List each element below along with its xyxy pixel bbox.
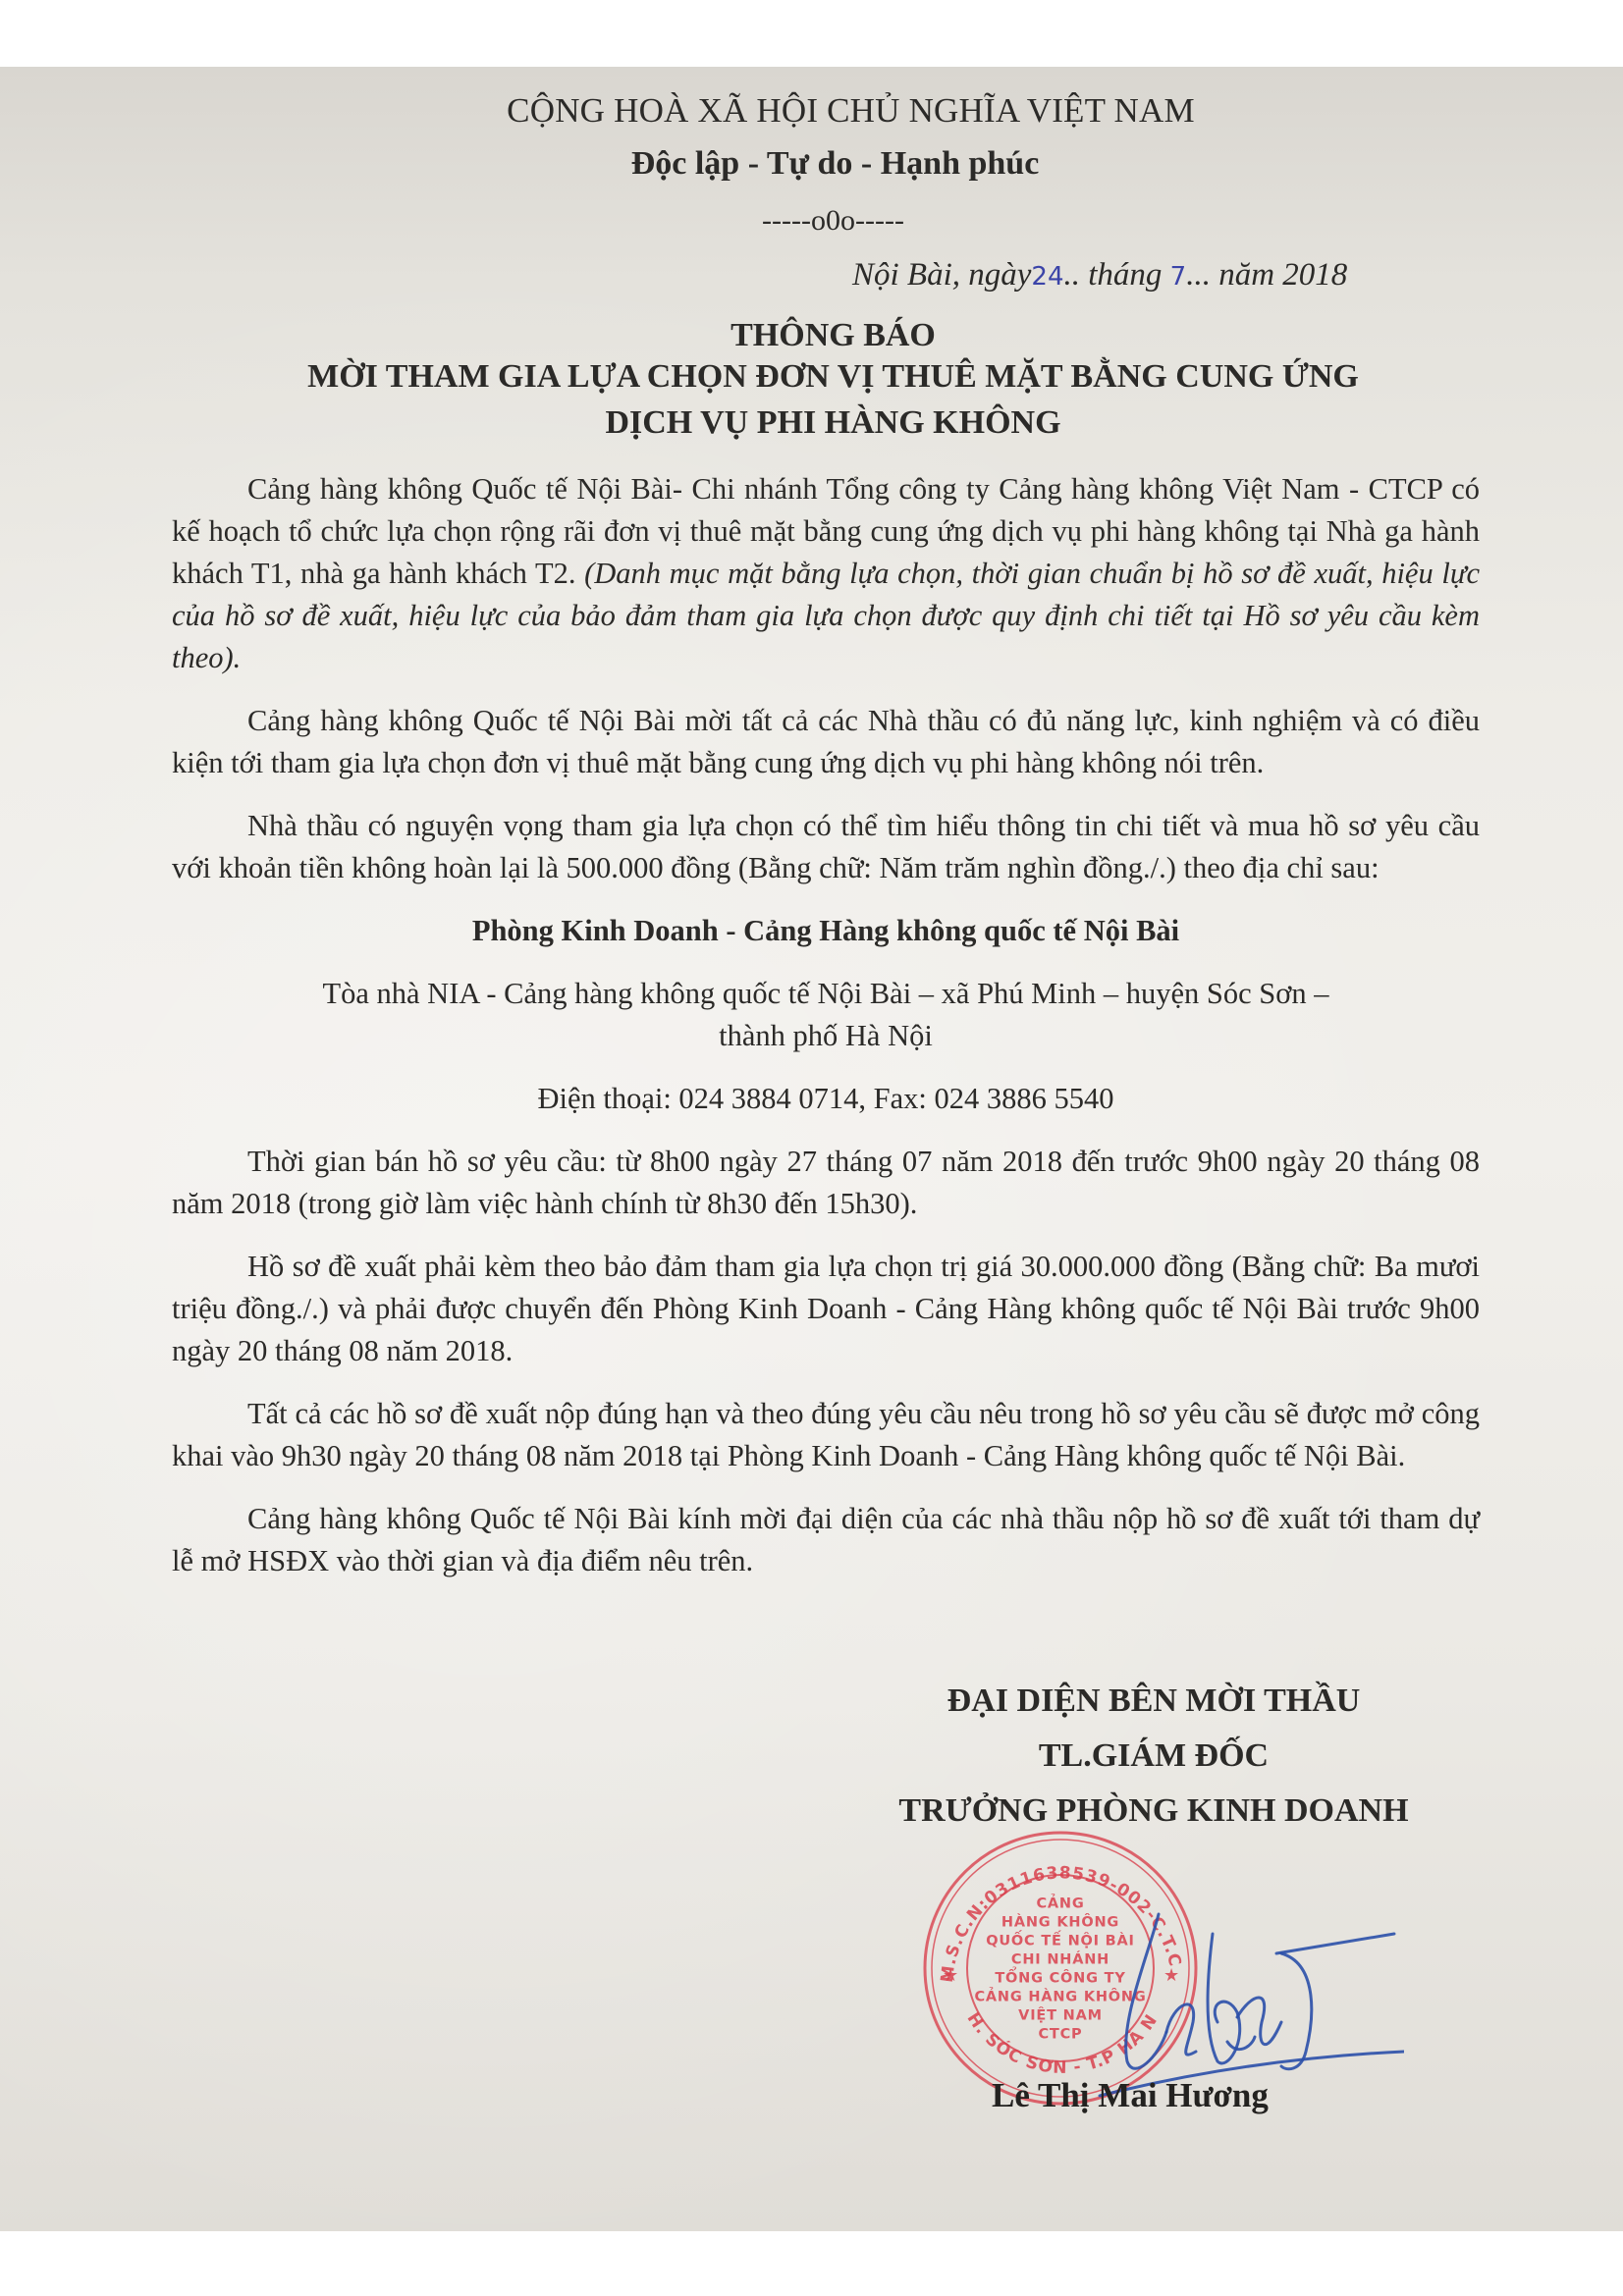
paragraph-opening: Tất cả các hồ sơ đề xuất nộp đúng hạn và… [172,1393,1480,1477]
document-title: THÔNG BÁO [22,317,1623,354]
dateline-year: ... năm 2018 [1186,257,1347,293]
national-motto: Độc lập - Tự do - Hạnh phúc [24,145,1623,183]
address-organization: Phòng Kinh Doanh - Cảng Hàng không quốc … [172,910,1480,952]
signature-title-1: ĐẠI DIỆN BÊN MỜI THẦU [835,1674,1473,1729]
signer-name: Lê Thị Mai Hương [992,2076,1269,2115]
svg-text:CTCP: CTCP [1038,2027,1082,2043]
document-subtitle-line1: MỜI THAM GIA LỰA CHỌN ĐƠN VỊ THUÊ MẶT BẰ… [22,358,1623,396]
dateline: Nội Bài, ngày24.. tháng 7... năm 2018 [852,257,1347,294]
address-line-2: thành phố Hà Nội [172,1015,1480,1057]
paragraph-sale-time: Thời gian bán hồ sơ yêu cầu: từ 8h00 ngà… [172,1141,1480,1225]
heading-separator: -----o0o----- [22,204,1623,238]
paragraph-plan: Cảng hàng không Quốc tế Nội Bài- Chi nhá… [172,468,1480,679]
signature-title-2: TL.GIÁM ĐỐC [835,1729,1473,1784]
contact-info: Điện thoại: 024 3884 0714, Fax: 024 3886… [172,1078,1480,1120]
dateline-place: Nội Bài, ngày [852,257,1031,293]
signature-block: ĐẠI DIỆN BÊN MỜI THẦU TL.GIÁM ĐỐC TRƯỞNG… [835,1674,1473,1839]
document-body: Cảng hàng không Quốc tế Nội Bài- Chi nhá… [172,468,1480,1603]
dateline-month-label: tháng [1080,257,1170,293]
svg-text:★: ★ [943,1965,958,1986]
address-line-1: Tòa nhà NIA - Cảng hàng không quốc tế Nộ… [172,973,1480,1015]
nation-heading: CỘNG HOÀ XÃ HỘI CHỦ NGHĨA VIỆT NAM [39,91,1623,131]
dateline-month-handwritten: 7 [1170,262,1187,292]
paragraph-closing: Cảng hàng không Quốc tế Nội Bài kính mời… [172,1498,1480,1582]
dateline-day-handwritten: 24 [1031,262,1063,292]
dateline-day-dots: .. [1064,257,1081,293]
document-subtitle-line2: DỊCH VỤ PHI HÀNG KHÔNG [22,404,1623,442]
paragraph-guarantee: Hồ sơ đề xuất phải kèm theo bảo đảm tham… [172,1246,1480,1372]
svg-text:CẢNG: CẢNG [1036,1894,1084,1912]
paragraph-purchase: Nhà thầu có nguyện vọng tham gia lựa chọ… [172,805,1480,889]
handwritten-signature-icon [1080,1875,1404,2101]
paragraph-invitation: Cảng hàng không Quốc tế Nội Bài mời tất … [172,700,1480,784]
